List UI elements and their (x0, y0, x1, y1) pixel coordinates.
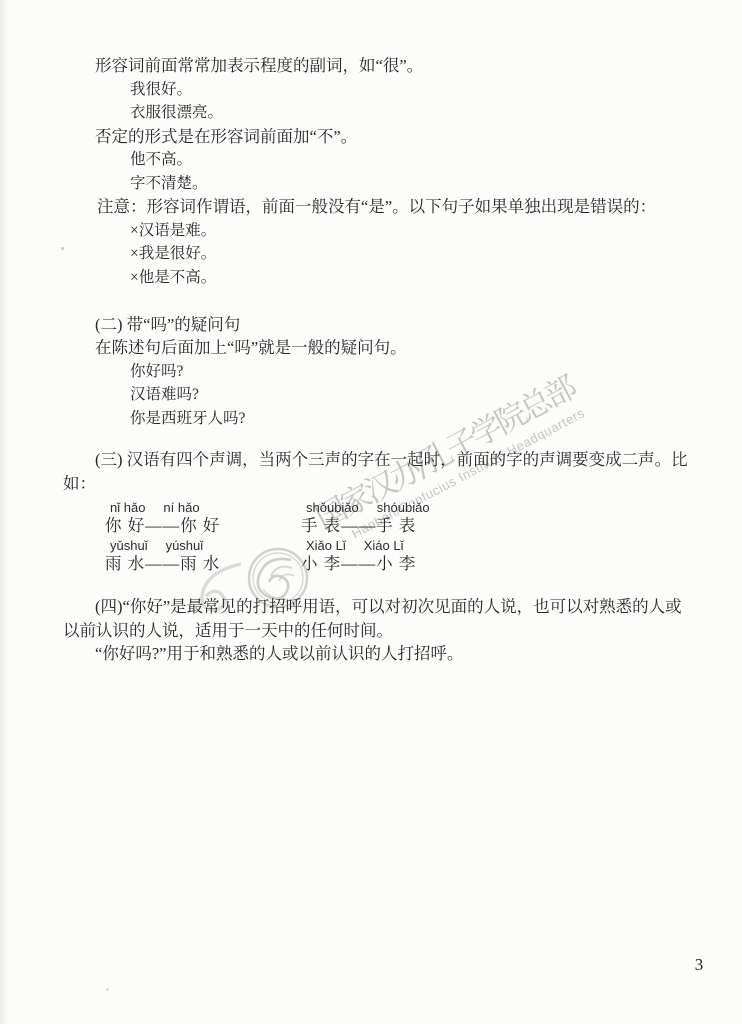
section3-intro-line-1: (三) 汉语有四个声调，当两个三声的字在一起时，前面的字的声调要变成二声。比 (63, 448, 683, 472)
section4-line-2: 以前认识的人说，适用于一天中的任何时间。 (63, 619, 683, 643)
adjective-example-2: 衣服很漂亮。 (63, 101, 683, 125)
negation-example-2: 字不清楚。 (63, 172, 683, 196)
hanzi-pair: 手 表——手 表 (301, 516, 430, 536)
question-example-1: 你好吗? (63, 360, 683, 384)
pinyin-after: shóubiǎo (377, 500, 430, 516)
tone-example-cell: nǐ hǎo ní hǎo 你 好——你 好 (105, 500, 263, 536)
adjective-intro-line: 形容词前面常常加表示程度的副词，如“很”。 (63, 54, 683, 78)
tone-row-2: yǔshuǐ yúshuǐ 雨 水——雨 水 Xiǎo Lǐ Xiáo Lǐ 小… (63, 538, 683, 574)
page-content: 形容词前面常常加表示程度的副词，如“很”。 我很好。 衣服很漂亮。 否定的形式是… (63, 54, 683, 666)
scan-speck (106, 988, 109, 991)
tone-row-1: nǐ hǎo ní hǎo 你 好——你 好 shǒubiǎo shóubiǎo… (63, 500, 683, 536)
tone-example-cell: Xiǎo Lǐ Xiáo Lǐ 小 李——小 李 (301, 538, 416, 574)
grammar-note-line: 注意：形容词作谓语，前面一般没有“是”。以下句子如果单独出现是错误的： (63, 195, 683, 219)
textbook-page: 国家汉办/孔子学院总部 Hanban/Confucius Institute H… (0, 0, 742, 1024)
tone-example-cell: yǔshuǐ yúshuǐ 雨 水——雨 水 (105, 538, 263, 574)
hanzi-pair: 你 好——你 好 (105, 516, 263, 536)
section2-intro-line: 在陈述句后面加上“吗”就是一般的疑问句。 (63, 336, 683, 360)
pinyin-after: Xiáo Lǐ (364, 538, 404, 554)
negation-example-1: 他不高。 (63, 148, 683, 172)
negation-intro-line: 否定的形式是在形容词前面加“不”。 (63, 125, 683, 149)
pinyin-before: nǐ hǎo (110, 500, 145, 516)
question-example-3: 你是西班牙人吗? (63, 407, 683, 431)
adjective-example-1: 我很好。 (63, 78, 683, 102)
pinyin-before: shǒubiǎo (306, 500, 359, 516)
section2-heading: (二) 带“吗”的疑问句 (63, 313, 683, 337)
hanzi-pair: 雨 水——雨 水 (105, 554, 263, 574)
pinyin-before: Xiǎo Lǐ (306, 538, 346, 554)
tone-example-cell: shǒubiǎo shóubiǎo 手 表——手 表 (301, 500, 430, 536)
scan-edge-shadow (0, 0, 9, 1024)
section4-line-1: (四)“你好”是最常见的打招呼用语，可以对初次见面的人说，也可以对熟悉的人或 (63, 595, 683, 619)
pinyin-after: ní hǎo (163, 500, 199, 516)
section4: (四)“你好”是最常见的打招呼用语，可以对初次见面的人说，也可以对熟悉的人或 以… (63, 595, 683, 666)
section4-line-3: “你好吗?”用于和熟悉的人或以前认识的人打招呼。 (63, 642, 683, 666)
wrong-example-1: ×汉语是难。 (63, 219, 683, 243)
section-spacer (63, 430, 683, 448)
wrong-example-3: ×他是不高。 (63, 266, 683, 290)
section-spacer (63, 289, 683, 313)
wrong-example-2: ×我是很好。 (63, 242, 683, 266)
tone-examples-grid: nǐ hǎo ní hǎo 你 好——你 好 shǒubiǎo shóubiǎo… (63, 500, 683, 574)
section3-intro-line-2: 如： (63, 472, 683, 496)
page-number: 3 (686, 955, 712, 975)
question-example-2: 汉语难吗? (63, 383, 683, 407)
hanzi-pair: 小 李——小 李 (301, 554, 416, 574)
pinyin-before: yǔshuǐ (110, 538, 148, 554)
pinyin-after: yúshuǐ (166, 538, 204, 554)
